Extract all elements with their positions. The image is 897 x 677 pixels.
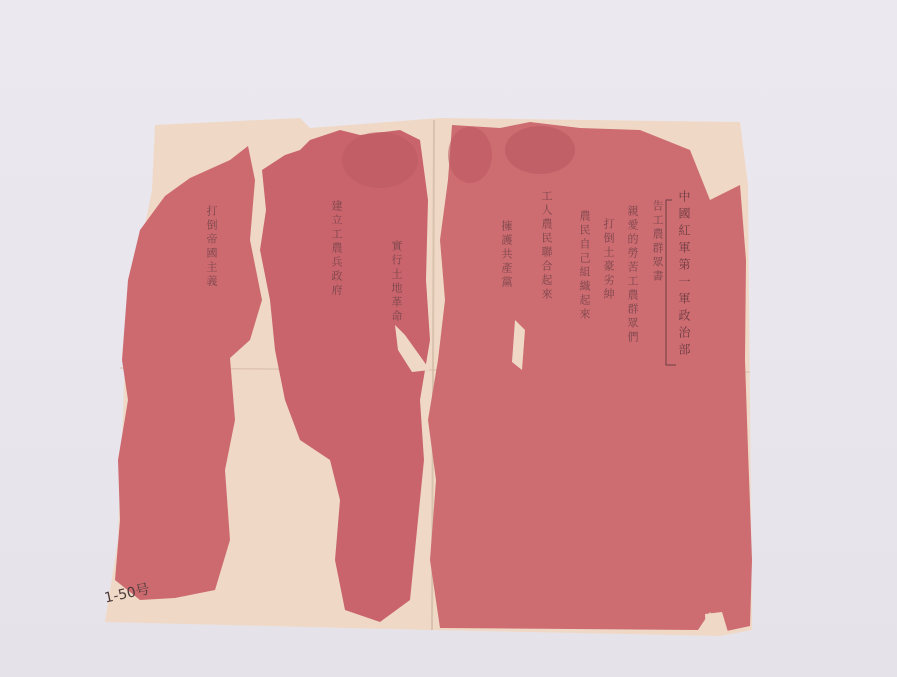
document-paper: [0, 0, 897, 677]
document-title: 中國紅軍第一軍政治部: [677, 190, 690, 360]
body-column: 建立工農兵政府: [330, 200, 343, 298]
body-column: 實行土地革命: [390, 240, 403, 324]
body-column: 打倒帝國主義: [205, 205, 218, 289]
body-column: 農民自己組織起來: [578, 210, 591, 322]
body-column: 擁護共產黨: [500, 220, 513, 290]
body-column: 親愛的勞苦工農群眾們: [626, 205, 639, 345]
document-subtitle: 告工農群眾書: [651, 200, 664, 284]
body-column: 工人農民聯合起來: [540, 190, 553, 302]
body-column: 打倒土豪劣紳: [602, 218, 615, 302]
